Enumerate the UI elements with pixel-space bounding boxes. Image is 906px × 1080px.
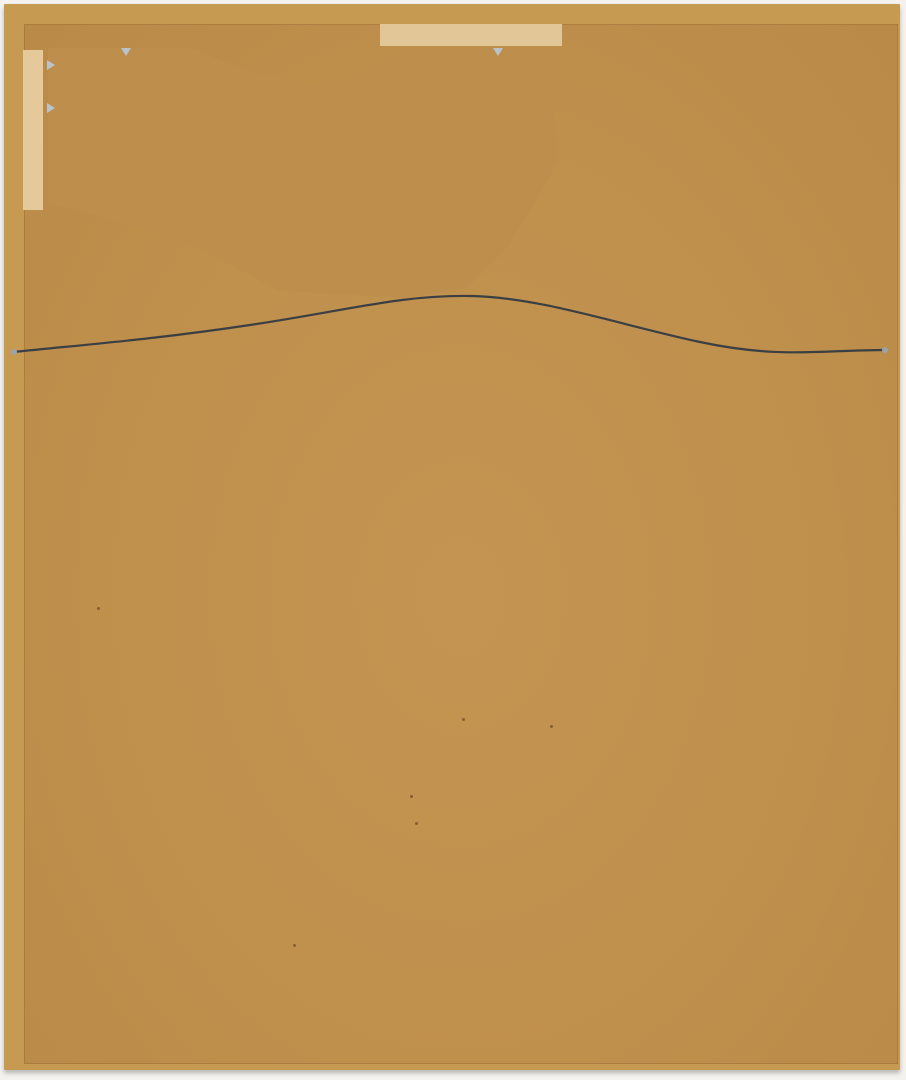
speck (410, 795, 413, 798)
speck (415, 822, 418, 825)
speck (550, 725, 553, 728)
speck (462, 718, 465, 721)
hanging-wire (0, 0, 906, 1080)
speck (97, 607, 100, 610)
speck (293, 944, 296, 947)
